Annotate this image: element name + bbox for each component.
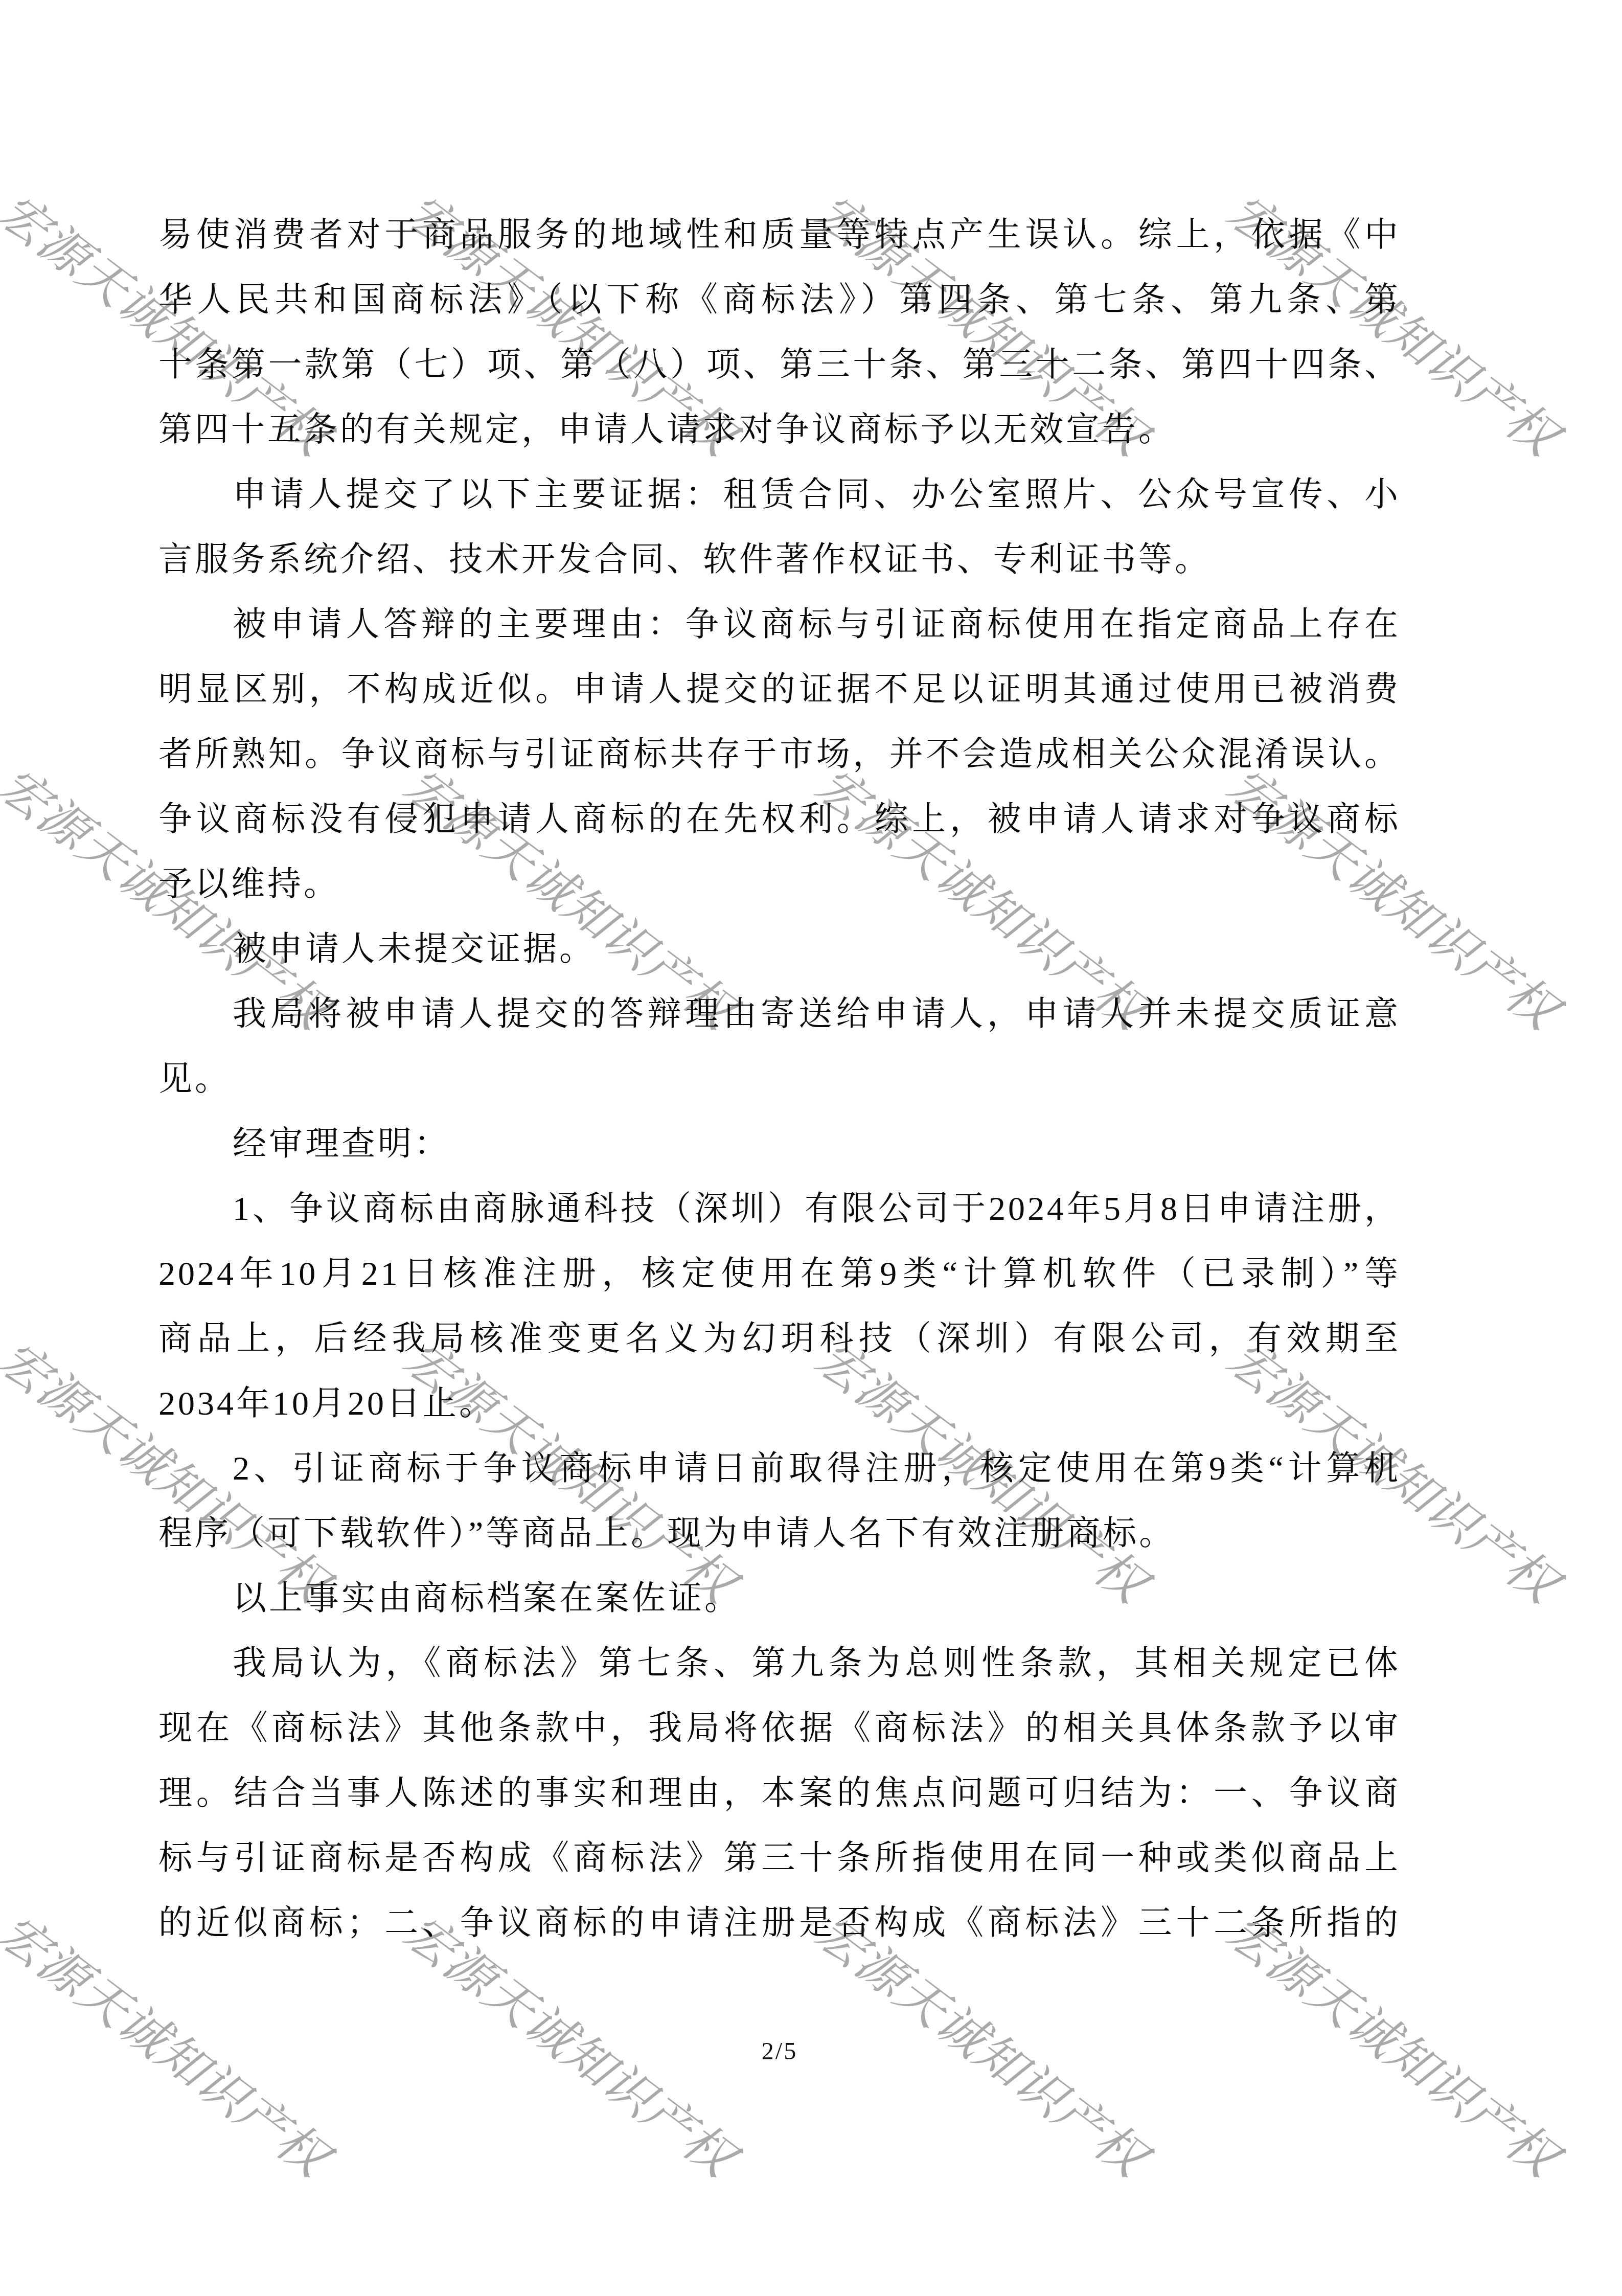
text-line: 第四十五条的有关规定，申请人请求对争议商标予以无效宣告。 [158,397,1401,462]
text-line: 2034年10月20日止。 [158,1371,1401,1436]
text-line: 者所熟知。争议商标与引证商标共存于市场，并不会造成相关公众混淆误认。 [158,722,1401,787]
text-line: 华人民共和国商标法》（以下称《商标法》）第四条、第七条、第九条、第 [158,267,1401,332]
text-line: 1、争议商标由商脉通科技（深圳）有限公司于2024年5月8日申请注册， [158,1176,1401,1241]
text-line: 2024年10月21日核准注册，核定使用在第9类“计算机软件（已录制）”等 [158,1241,1401,1306]
text-line: 我局将被申请人提交的答辩理由寄送给申请人，申请人并未提交质证意 [158,982,1401,1047]
page-number: 2/5 [158,2037,1401,2065]
text-line: 争议商标没有侵犯申请人商标的在先权利。综上，被申请人请求对争议商标 [158,787,1401,852]
document-page: 宏源天诚知识产权宏源天诚知识产权宏源天诚知识产权宏源天诚知识产权宏源天诚知识产权… [0,0,1622,2296]
text-line: 2、引证商标于争议商标申请日前取得注册，核定使用在第9类“计算机 [158,1436,1401,1501]
text-line: 十条第一款第（七）项、第（八）项、第三十条、第三十二条、第四十四条、 [158,332,1401,397]
text-line: 申请人提交了以下主要证据：租赁合同、办公室照片、公众号宣传、小 [158,462,1401,527]
text-line: 被申请人未提交证据。 [158,917,1401,982]
text-line: 易使消费者对于商品服务的地域性和质量等特点产生误认。综上，依据《中 [158,202,1401,267]
text-line: 现在《商标法》其他条款中，我局将依据《商标法》的相关具体条款予以审 [158,1696,1401,1761]
text-line: 商品上，后经我局核准变更名义为幻玥科技（深圳）有限公司，有效期至 [158,1306,1401,1371]
text-line: 我局认为，《商标法》第七条、第九条为总则性条款，其相关规定已体 [158,1631,1401,1696]
text-line: 见。 [158,1047,1401,1111]
text-line: 经审理查明： [158,1111,1401,1176]
text-line: 的近似商标；二、争议商标的申请注册是否构成《商标法》三十二条所指的 [158,1891,1401,1956]
text-line: 标与引证商标是否构成《商标法》第三十条所指使用在同一种或类似商品上 [158,1826,1401,1891]
text-line: 以上事实由商标档案在案佐证。 [158,1566,1401,1631]
document-body-text: 易使消费者对于商品服务的地域性和质量等特点产生误认。综上，依据《中华人民共和国商… [158,202,1401,1956]
text-line: 明显区别，不构成近似。申请人提交的证据不足以证明其通过使用已被消费 [158,657,1401,722]
text-line: 理。结合当事人陈述的事实和理由，本案的焦点问题可归结为：一、争议商 [158,1761,1401,1826]
text-line: 予以维持。 [158,852,1401,917]
text-line: 被申请人答辩的主要理由：争议商标与引证商标使用在指定商品上存在 [158,592,1401,657]
text-line: 言服务系统介绍、技术开发合同、软件著作权证书、专利证书等。 [158,527,1401,592]
text-line: 程序（可下载软件）”等商品上。现为申请人名下有效注册商标。 [158,1501,1401,1566]
